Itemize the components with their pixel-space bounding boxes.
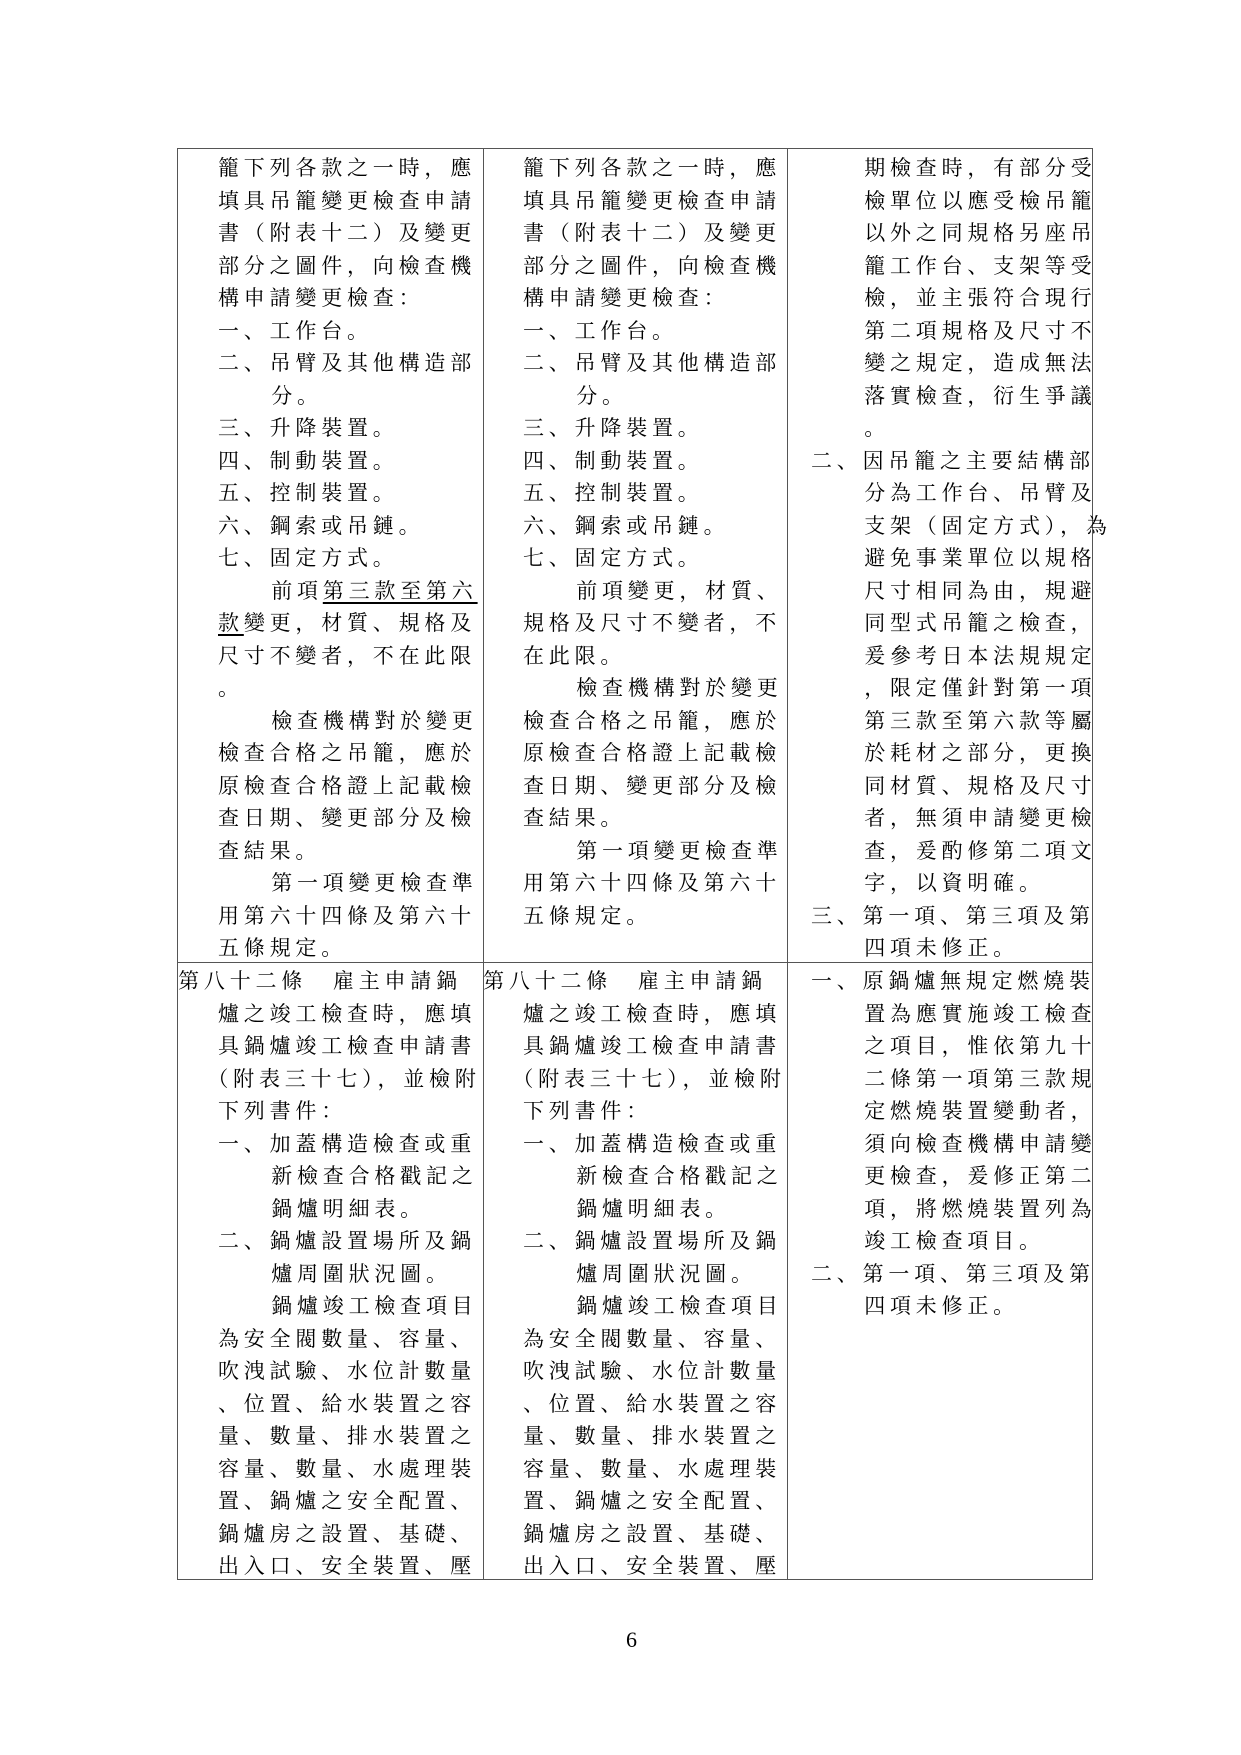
text-line: 。	[864, 412, 890, 445]
text-line: 下列書件：	[218, 1095, 347, 1128]
text-line: ，限定僅針對第一項	[864, 672, 1096, 705]
row1-amended-text-cell: 籠下列各款之一時，應填具吊籠變更檢查申請書（附表十二）及變更部分之圖件，向檢查機…	[178, 149, 483, 962]
text-line: 五條規定。	[218, 932, 347, 965]
text-line: 下列書件：	[523, 1095, 652, 1128]
text-line: 爐之竣工檢查時，應填	[523, 998, 781, 1031]
text-line: 項，將燃燒裝置列為	[864, 1193, 1096, 1226]
text-line: 鍋爐竣工檢查項目	[576, 1290, 782, 1323]
text-line: 書（附表十二）及變更	[523, 217, 781, 250]
text-line: 書（附表十二）及變更	[218, 217, 476, 250]
text-line: 同材質、規格及尺寸	[864, 770, 1096, 803]
text-line: 第八十二條 雇主申請鍋	[178, 965, 462, 998]
text-line: 款變更，材質、規格及	[218, 607, 476, 640]
text-line: 查結果。	[218, 835, 321, 868]
text-line: 二條第一項第三款規	[864, 1063, 1096, 1096]
text-line: 避免事業單位以規格	[864, 542, 1096, 575]
text-line: 容量、數量、水處理裝	[523, 1453, 781, 1486]
text-line: 爐之竣工檢查時，應填	[218, 998, 476, 1031]
text-line: 檢查機構對於變更	[271, 705, 477, 738]
text-line: 原檢查合格證上記載檢	[218, 770, 476, 803]
text-line: 六、鋼索或吊鏈。	[218, 510, 424, 543]
text-line: 二、因吊籠之主要結構部	[811, 445, 1095, 478]
text-line: 具鍋爐竣工檢查申請書	[218, 1030, 476, 1063]
text-line: 一、工作台。	[218, 315, 373, 348]
text-line: 用第六十四條及第六十	[523, 867, 781, 900]
row2-current-text-cell: 第八十二條 雇主申請鍋爐之竣工檢查時，應填具鍋爐竣工檢查申請書（附表三十七），並…	[483, 962, 787, 1581]
text-line: 查結果。	[523, 802, 626, 835]
text-line: 爐周圍狀況圖。	[576, 1258, 757, 1291]
text-line: 吹洩試驗、水位計數量	[218, 1355, 476, 1388]
text-line: 為安全閥數量、容量、	[218, 1323, 476, 1356]
text-line: 出入口、安全裝置、壓	[218, 1550, 476, 1583]
text-line: 填具吊籠變更檢查申請	[218, 185, 476, 218]
row1-current-text-cell: 籠下列各款之一時，應填具吊籠變更檢查申請書（附表十二）及變更部分之圖件，向檢查機…	[483, 149, 787, 962]
text-line: 新檢查合格戳記之	[576, 1160, 782, 1193]
text-line: 須向檢查機構申請變	[864, 1128, 1096, 1161]
text-line: 期檢查時，有部分受	[864, 152, 1096, 185]
text-line: 以外之同規格另座吊	[864, 217, 1096, 250]
text-line: （附表三十七），並檢附	[512, 1063, 785, 1096]
text-line: 量、數量、排水裝置之	[218, 1420, 476, 1453]
text-line: 。	[218, 672, 244, 705]
amended-text-underline: 款	[218, 611, 244, 635]
text-line: 定燃燒裝置變動者，	[864, 1095, 1096, 1128]
text-line: 爰參考日本法規規定	[864, 640, 1096, 673]
text-line: 查日期、變更部分及檢	[218, 802, 476, 835]
row1-explanation-cell: 期檢查時，有部分受檢單位以應受檢吊籠以外之同規格另座吊籠工作台、支架等受檢，並主…	[787, 149, 1093, 962]
text-line: 者，無須申請變更檢	[864, 802, 1096, 835]
row2-amended-text-cell: 第八十二條 雇主申請鍋爐之竣工檢查時，應填具鍋爐竣工檢查申請書（附表三十七），並…	[178, 962, 483, 1581]
text-line: 四、制動裝置。	[218, 445, 399, 478]
text-line: （附表三十七），並檢附	[207, 1063, 480, 1096]
text-line: 爐周圍狀況圖。	[271, 1258, 452, 1291]
text-line: 新檢查合格戳記之	[271, 1160, 477, 1193]
text-line: 更檢查，爰修正第二	[864, 1160, 1096, 1193]
text-line: 籠工作台、支架等受	[864, 250, 1096, 283]
text-line: 尺寸相同為由，規避	[864, 575, 1096, 608]
page-number: 6	[626, 1627, 637, 1653]
text-line: 竣工檢查項目。	[864, 1225, 1045, 1258]
text-line: 填具吊籠變更檢查申請	[523, 185, 781, 218]
text-line: 一、加蓋構造檢查或重	[523, 1128, 781, 1161]
text-line: 分。	[271, 380, 323, 413]
text-line: 置、鍋爐之安全配置、	[218, 1485, 476, 1518]
text-line: 同型式吊籠之檢查，	[864, 607, 1096, 640]
text-line: 、位置、給水裝置之容	[218, 1388, 476, 1421]
text-line: 鍋爐房之設置、基礎、	[218, 1518, 476, 1551]
text-line: 在此限。	[523, 640, 626, 673]
text-line: 第三款至第六款等屬	[864, 705, 1096, 738]
text-line: 檢查合格之吊籠，應於	[523, 705, 781, 738]
text-line: 五條規定。	[523, 900, 652, 933]
text-line: 尺寸不變者，不在此限	[218, 640, 476, 673]
text-line: 之項目，惟依第九十	[864, 1030, 1096, 1063]
text-line: 五、控制裝置。	[523, 477, 704, 510]
text-line: 二、鍋爐設置場所及鍋	[523, 1225, 781, 1258]
text-line: 七、固定方式。	[218, 542, 399, 575]
text-line: 六、鋼索或吊鏈。	[523, 510, 729, 543]
text-line: 七、固定方式。	[523, 542, 704, 575]
text-line: 第八十二條 雇主申請鍋	[483, 965, 767, 998]
text-line: 五、控制裝置。	[218, 477, 399, 510]
text-line: 四、制動裝置。	[523, 445, 704, 478]
text-line: 一、工作台。	[523, 315, 678, 348]
text-line: 容量、數量、水處理裝	[218, 1453, 476, 1486]
text-line: 一、加蓋構造檢查或重	[218, 1128, 476, 1161]
text-line: 落實檢查，衍生爭議	[864, 380, 1096, 413]
text-line: 於耗材之部分，更換	[864, 737, 1096, 770]
text-line: 三、升降裝置。	[218, 412, 399, 445]
text-line: 第二項規格及尺寸不	[864, 315, 1096, 348]
text-line: 為安全閥數量、容量、	[523, 1323, 781, 1356]
text-line: 分為工作台、吊臂及	[864, 477, 1096, 510]
text-line: 原檢查合格證上記載檢	[523, 737, 781, 770]
text-line: 吹洩試驗、水位計數量	[523, 1355, 781, 1388]
text-line: 部分之圖件，向檢查機	[218, 250, 476, 283]
text-line: 二、吊臂及其他構造部	[523, 347, 781, 380]
text-line: 二、第一項、第三項及第	[811, 1258, 1095, 1291]
text-line: 查，爰酌修第二項文	[864, 835, 1096, 868]
text-line: 前項變更，材質、	[576, 575, 782, 608]
text-line: 分。	[576, 380, 628, 413]
text-line: 檢查合格之吊籠，應於	[218, 737, 476, 770]
text-line: 鍋爐房之設置、基礎、	[523, 1518, 781, 1551]
row2-explanation-cell: 一、原鍋爐無規定燃燒裝置為應實施竣工檢查之項目，惟依第九十二條第一項第三款規定燃…	[787, 962, 1093, 1581]
text-line: 、位置、給水裝置之容	[523, 1388, 781, 1421]
text-line: 鍋爐明細表。	[271, 1193, 426, 1226]
text-line: 構申請變更檢查：	[523, 282, 729, 315]
text-line: 出入口、安全裝置、壓	[523, 1550, 781, 1583]
text-line: 二、鍋爐設置場所及鍋	[218, 1225, 476, 1258]
text-line: 規格及尺寸不變者，不	[523, 607, 781, 640]
text-line: 具鍋爐竣工檢查申請書	[523, 1030, 781, 1063]
text-line: 第一項變更檢查準	[576, 835, 782, 868]
text-line: 三、升降裝置。	[523, 412, 704, 445]
text-line: 籠下列各款之一時，應	[218, 152, 476, 185]
text-line: 二、吊臂及其他構造部	[218, 347, 476, 380]
text-line: 變之規定，造成無法	[864, 347, 1096, 380]
text-line: 四項未修正。	[864, 932, 1019, 965]
text-line: 第一項變更檢查準	[271, 867, 477, 900]
text-line: 支架（固定方式），為	[864, 510, 1112, 543]
text-line: 四項未修正。	[864, 1290, 1019, 1323]
text-line: 用第六十四條及第六十	[218, 900, 476, 933]
text-line: 檢單位以應受檢吊籠	[864, 185, 1096, 218]
text-line: 檢查機構對於變更	[576, 672, 782, 705]
text-line: 鍋爐明細表。	[576, 1193, 731, 1226]
text-line: 置、鍋爐之安全配置、	[523, 1485, 781, 1518]
comparison-table: 籠下列各款之一時，應填具吊籠變更檢查申請書（附表十二）及變更部分之圖件，向檢查機…	[177, 148, 1093, 1580]
text-line: 字，以資明確。	[864, 867, 1045, 900]
text-line: 三、第一項、第三項及第	[811, 900, 1095, 933]
text-line: 籠下列各款之一時，應	[523, 152, 781, 185]
text-line: 構申請變更檢查：	[218, 282, 424, 315]
text-line: 前項第三款至第六	[271, 575, 477, 608]
text-line: 部分之圖件，向檢查機	[523, 250, 781, 283]
amended-text-underline: 第三款至第六	[323, 579, 478, 603]
text-line: 檢，並主張符合現行	[864, 282, 1096, 315]
text-line: 一、原鍋爐無規定燃燒裝	[811, 965, 1095, 998]
text-line: 鍋爐竣工檢查項目	[271, 1290, 477, 1323]
text-line: 查日期、變更部分及檢	[523, 770, 781, 803]
text-line: 量、數量、排水裝置之	[523, 1420, 781, 1453]
text-line: 置為應實施竣工檢查	[864, 998, 1096, 1031]
